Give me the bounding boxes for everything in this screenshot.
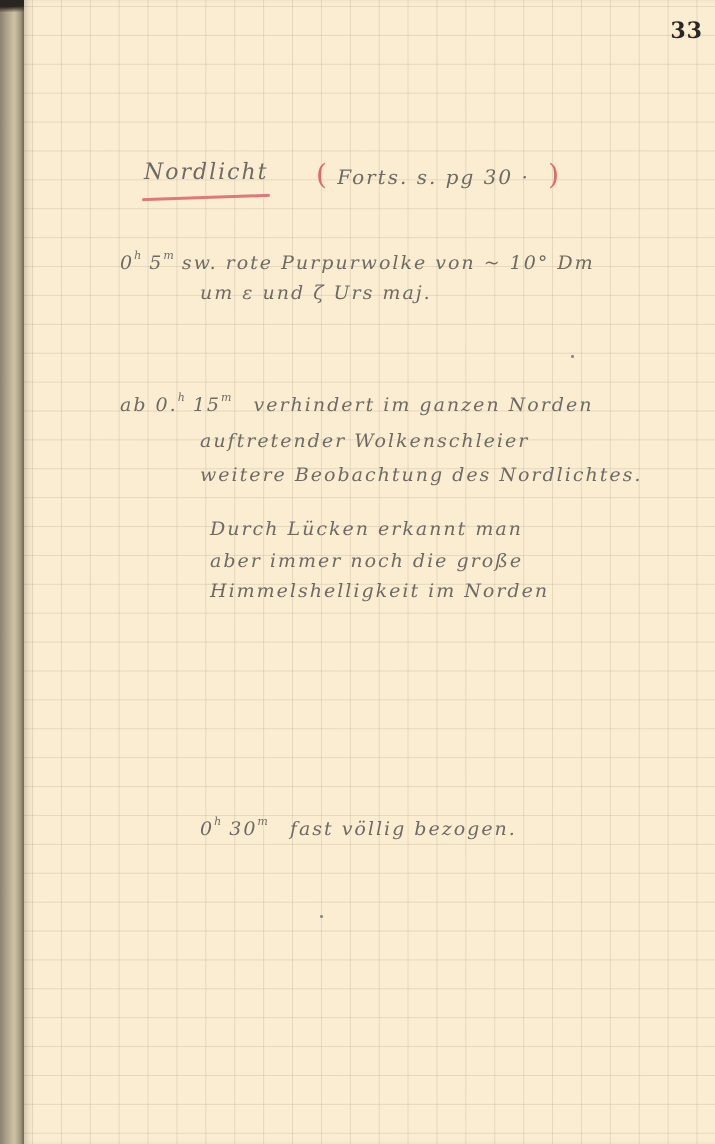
red-underline (142, 194, 270, 201)
title-text: Nordlicht (144, 160, 269, 185)
entry-1-text-1: sw. rote Purpurwolke von ~ 10° Dm (182, 252, 595, 274)
page-title: Nordlicht (144, 160, 269, 185)
entry-2-cont-line-3: Himmelshelligkeit im Norden (210, 580, 549, 602)
entry-1-minutes-sup: m (163, 249, 173, 262)
entry-3-minutes: 30 (229, 818, 257, 840)
entry-2-cont-text-1: Durch Lücken erkannt man (210, 518, 523, 540)
pencil-dot (320, 915, 323, 918)
entry-2-line-1: ab 0.h 15m verhindert im ganzen Norden (120, 394, 593, 416)
entry-3-hours-sup: h (214, 815, 221, 828)
reference-text: Forts. s. pg 30 · (337, 165, 530, 189)
page-number: 33 (670, 18, 703, 44)
entry-2-cont-line-1: Durch Lücken erkannt man (210, 518, 523, 540)
entry-1-text-2: um ε und ζ Urs maj. (200, 282, 432, 304)
entry-1-hours-sup: h (134, 249, 141, 262)
entry-2-prefix: ab (120, 394, 148, 416)
notebook-page: 33 Nordlicht ( Forts. s. pg 30 · ) 0h 5m… (24, 0, 715, 1144)
entry-3-text-1: fast völlig bezogen. (290, 818, 517, 840)
entry-2-cont-line-2: aber immer noch die große (210, 550, 523, 572)
entry-2-text-3: weitere Beobachtung des Nordlichtes. (200, 464, 642, 486)
entry-2-minutes-sup: m (221, 391, 231, 404)
entry-3-line-1: 0h 30m fast völlig bezogen. (200, 818, 517, 840)
entry-1-line-1: 0h 5m sw. rote Purpurwolke von ~ 10° Dm (120, 252, 595, 274)
close-paren: ) (548, 158, 561, 191)
entry-2-line-2: auftretender Wolkenschleier (200, 430, 529, 452)
entry-1-hours: 0 (120, 252, 134, 274)
entry-2-text-2: auftretender Wolkenschleier (200, 430, 529, 452)
entry-2-minutes: 15 (193, 394, 221, 416)
title-reference: ( Forts. s. pg 30 · ) (316, 158, 561, 191)
entry-2-cont-text-2: aber immer noch die große (210, 550, 523, 572)
entry-1-minutes: 5 (149, 252, 163, 274)
entry-1-line-2: um ε und ζ Urs maj. (200, 282, 432, 304)
entry-2-cont-text-3: Himmelshelligkeit im Norden (210, 580, 549, 602)
entry-2-text-1: verhindert im ganzen Norden (254, 394, 594, 416)
entry-2-hours: 0. (156, 394, 178, 416)
entry-3-hours: 0 (200, 818, 214, 840)
entry-2-hours-sup: h (178, 391, 185, 404)
pencil-dot (571, 355, 574, 358)
open-paren: ( (316, 158, 329, 191)
notebook-binding (0, 0, 24, 1144)
entry-2-line-3: weitere Beobachtung des Nordlichtes. (200, 464, 642, 486)
entry-3-minutes-sup: m (257, 815, 267, 828)
